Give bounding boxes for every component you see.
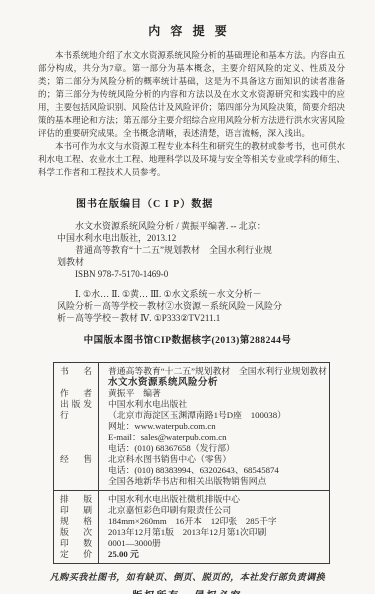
format-line: 184mm×260mm 16开本 12印张 285千字 <box>108 516 327 527</box>
price-line: 25.00 元 <box>108 549 327 560</box>
cip-classification-line: 风险分析－高等学校－教材②水资源－系统风险－风险分 <box>57 300 375 312</box>
cip-record-line: 中国水利水电出版社，2013.12 <box>57 232 375 244</box>
row-content: 中国水利水电出版社微机排版中心 <box>98 494 329 505</box>
row-publisher: 出版发行 中国水利水电出版社 （北京市海淀区玉渊潭南路1号D座 100038） … <box>54 399 329 454</box>
row-typesetting: 排版 中国水利水电出版社微机排版中心 <box>54 494 329 505</box>
typesetting-line: 中国水利水电出版社微机排版中心 <box>108 494 327 505</box>
row-label: 印数 <box>54 538 98 549</box>
row-label: 规格 <box>54 516 98 527</box>
summary-paragraph-2: 本书可作为水文与水资源工程专业本科生和研究生的教材或参考书，也可供水利水电工程、… <box>38 140 345 179</box>
publisher-name-line: 中国水利水电出版社 <box>108 399 327 410</box>
row-content: 北京嘉恒彩色印刷有限责任公司 <box>98 505 329 516</box>
distributor-name-line: 北京科水图书销售中心（零售） <box>108 454 327 465</box>
copyright-notice: 版权所有 · 侵权必究 <box>0 587 375 594</box>
row-label: 作者 <box>54 388 98 399</box>
row-printing: 印刷 北京嘉恒彩色印刷有限责任公司 <box>54 505 329 516</box>
summary-paragraph-1: 本书系统地介绍了水文水资源系统风险分析的基础理论和基本方法。内容由五部分构成，共… <box>38 49 345 140</box>
publisher-email-line: E-mail：sales@waterpub.com.cn <box>108 432 327 443</box>
publisher-address-line: （北京市海淀区玉渊潭南路1号D座 100038） <box>108 410 327 421</box>
cip-classification-line: Ⅰ. ①水… Ⅱ. ①黄… Ⅲ. ①水文系统－水文分析－ <box>57 288 375 300</box>
colophon-section-publishing: 书名 普通高等教育“十二五”规划教材 全国水利行业规划教材 水文水资源系统风险分… <box>54 363 329 490</box>
series-title-line: 普通高等教育“十二五”规划教材 全国水利行业规划教材 <box>108 366 327 377</box>
row-label: 经售 <box>54 454 98 487</box>
edition-line: 2013年12月第1版 2013年12月第1次印刷 <box>108 527 327 538</box>
row-label: 版次 <box>54 527 98 538</box>
distributor-phone-line: 电话：(010) 88383994、63202643、68545874 <box>108 465 327 476</box>
row-content: 北京科水图书销售中心（零售） 电话：(010) 88383994、6320264… <box>98 454 329 487</box>
summary-heading: 内容提要 <box>0 22 375 39</box>
row-distributor: 经售 北京科水图书销售中心（零售） 电话：(010) 88383994、6320… <box>54 454 329 487</box>
cip-record-number: 中国版本图书馆CIP数据核字(2013)第288244号 <box>0 332 375 346</box>
row-content: 184mm×260mm 16开本 12印张 285千字 <box>98 516 329 527</box>
row-label: 印刷 <box>54 505 98 516</box>
row-label: 书名 <box>54 366 98 388</box>
cip-classification-line: 析－高等学校－教材 Ⅳ. ①P333②TV211.1 <box>57 312 375 324</box>
printing-line: 北京嘉恒彩色印刷有限责任公司 <box>108 505 327 516</box>
cip-record-line: 普通高等教育“十二五”规划教材 全国水利行业规 <box>57 244 375 256</box>
row-content: 普通高等教育“十二五”规划教材 全国水利行业规划教材 水文水资源系统风险分析 <box>98 366 329 388</box>
cip-record-line: 划教材 <box>57 256 375 268</box>
row-content: 中国水利水电出版社 （北京市海淀区玉渊潭南路1号D座 100038） 网址：ww… <box>98 399 329 454</box>
exchange-notice: 凡购买我社图书，如有缺页、倒页、脱页的，本社发行部负责调换 <box>0 570 375 583</box>
book-title-line: 水文水资源系统风险分析 <box>108 377 327 388</box>
cip-record-block: 水文水资源系统风险分析 / 黄振平编著. -- 北京： 中国水利水电出版社，20… <box>57 220 375 280</box>
row-format: 规格 184mm×260mm 16开本 12印张 285千字 <box>54 516 329 527</box>
row-print-run: 印数 0001—3000册 <box>54 538 329 549</box>
row-label: 排版 <box>54 494 98 505</box>
author-line: 黄振平 编著 <box>108 388 327 399</box>
row-content: 2013年12月第1版 2013年12月第1次印刷 <box>98 527 329 538</box>
cip-record-line: 水文水资源系统风险分析 / 黄振平编著. -- 北京： <box>57 220 375 232</box>
publisher-phone-line: 电话：(010) 68367658（发行部） <box>108 443 327 454</box>
colophon-table: 书名 普通高等教育“十二五”规划教材 全国水利行业规划教材 水文水资源系统风险分… <box>53 362 330 564</box>
row-label: 定价 <box>54 549 98 560</box>
row-content: 0001—3000册 <box>98 538 329 549</box>
row-author: 作者 黄振平 编著 <box>54 388 329 399</box>
book-copyright-page: 内容提要 本书系统地介绍了水文水资源系统风险分析的基础理论和基本方法。内容由五部… <box>0 0 375 594</box>
row-edition: 版次 2013年12月第1版 2013年12月第1次印刷 <box>54 527 329 538</box>
publisher-website-line: 网址：www.waterpub.com.cn <box>108 421 327 432</box>
distributor-outlets-line: 全国各地新华书店和相关出版物销售网点 <box>108 476 327 487</box>
row-content: 25.00 元 <box>98 549 329 560</box>
row-book-title: 书名 普通高等教育“十二五”规划教材 全国水利行业规划教材 水文水资源系统风险分… <box>54 366 329 388</box>
print-run-line: 0001—3000册 <box>108 538 327 549</box>
row-content: 黄振平 编著 <box>98 388 329 399</box>
colophon-section-printing: 排版 中国水利水电出版社微机排版中心 印刷 北京嘉恒彩色印刷有限责任公司 规格 … <box>54 490 329 563</box>
row-label: 出版发行 <box>54 399 98 454</box>
cip-classification-block: Ⅰ. ①水… Ⅱ. ①黄… Ⅲ. ①水文系统－水文分析－ 风险分析－高等学校－教… <box>57 288 375 324</box>
cip-isbn-line: ISBN 978-7-5170-1469-0 <box>57 268 375 280</box>
cip-heading: 图书在版编目（C I P）数据 <box>76 195 375 210</box>
row-price: 定价 25.00 元 <box>54 549 329 560</box>
